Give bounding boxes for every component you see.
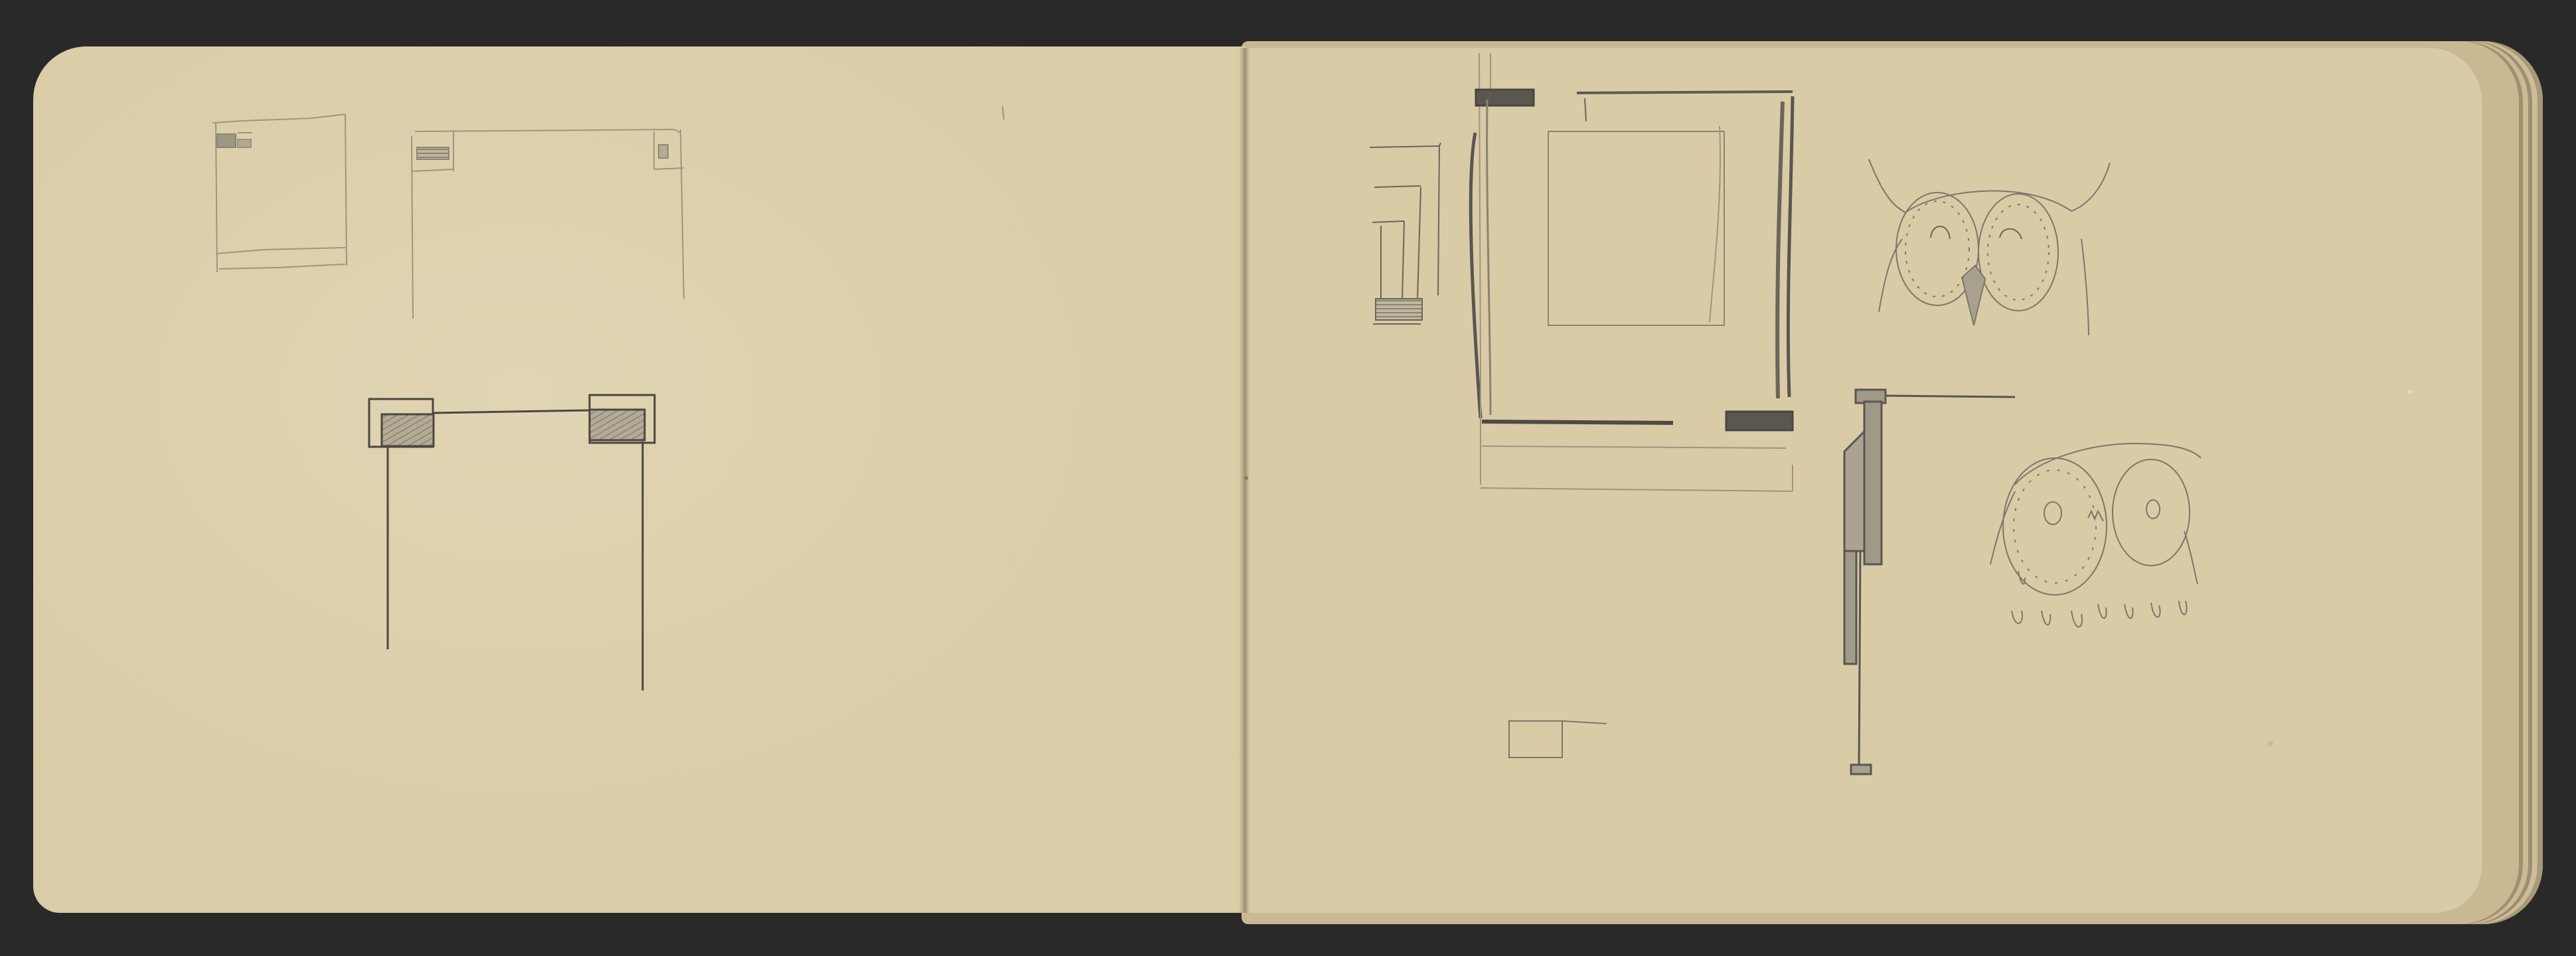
faint-frame-sketch-right	[412, 106, 1004, 319]
sketchbook-photo	[0, 0, 2576, 956]
owl-head-lower	[1990, 443, 2201, 627]
faint-frame-sketch-left	[212, 114, 347, 272]
post-with-arm	[1844, 390, 2015, 774]
owl-head-upper	[1869, 159, 2110, 335]
gateway-diagram	[369, 395, 655, 690]
framed-composition	[1471, 53, 1793, 491]
stepped-study	[1370, 143, 1441, 324]
small-rectangle	[1509, 721, 1607, 757]
paper-marks	[1244, 390, 2412, 746]
pencil-drawings	[0, 0, 2576, 956]
